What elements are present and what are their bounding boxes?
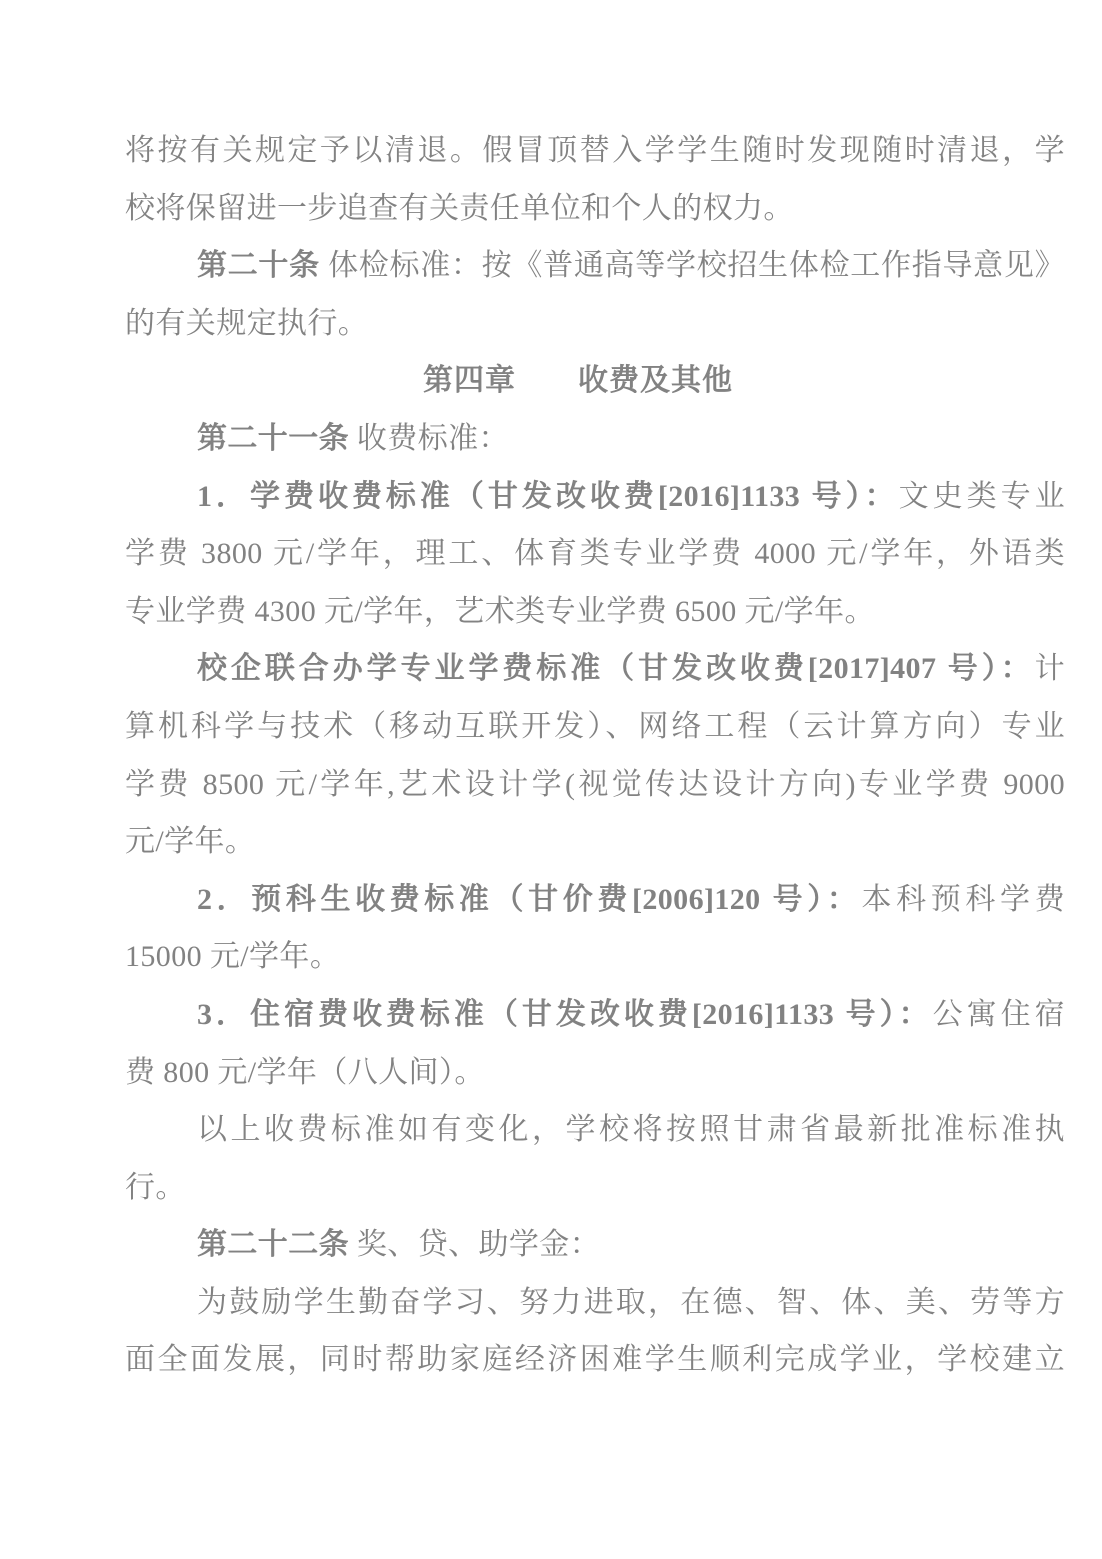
text-line: 第二十一条 收费标准： xyxy=(125,410,1065,468)
bold-run: 1．学费收费标准（甘发改收费[2016]1133 号）： xyxy=(197,480,899,513)
text-line: 的有关规定执行。 xyxy=(125,295,1065,353)
text-line: 算机科学与技术（移动互联开发）、网络工程（云计算方向）专业 xyxy=(125,698,1065,756)
text-line: 校将保留进一步追查有关责任单位和个人的权力。 xyxy=(125,180,1065,238)
text-block: 将按有关规定予以清退。假冒顶替入学学生随时发现随时清退，学校将保留进一步追查有关… xyxy=(125,122,1065,1389)
text-line: 专业学费 4300 元/学年，艺术类专业学费 6500 元/学年。 xyxy=(125,583,1065,641)
bold-run: 第二十一条 xyxy=(197,422,349,455)
bold-run: 校企联合办学专业学费标准（甘发改收费[2017]407 号）： xyxy=(197,652,1035,685)
text-line: 行。 xyxy=(125,1159,1065,1217)
text-line: 15000 元/学年。 xyxy=(125,928,1065,986)
text-line: 学费 3800 元/学年，理工、体育类专业学费 4000 元/学年，外语类 xyxy=(125,525,1065,583)
text-run: 元/学年。 xyxy=(125,825,255,858)
text-line: 第二十二条 奖、贷、助学金： xyxy=(125,1216,1065,1274)
text-line: 面全面发展，同时帮助家庭经济困难学生顺利完成学业，学校建立 xyxy=(125,1331,1065,1389)
text-run: 校将保留进一步追查有关责任单位和个人的权力。 xyxy=(125,192,794,225)
text-run: 以上收费标准如有变化，学校将按照甘肃省最新批准标准执 xyxy=(197,1113,1065,1146)
text-run: 行。 xyxy=(125,1171,186,1204)
text-line: 学费 8500 元/学年,艺术设计学(视觉传达设计方向)专业学费 9000 xyxy=(125,756,1065,814)
text-run: 体检标准：按《普通高等学校招生体检工作指导意见》 xyxy=(320,249,1065,282)
text-run: 公寓住宿 xyxy=(933,998,1065,1031)
text-run: 算机科学与技术（移动互联开发）、网络工程（云计算方向）专业 xyxy=(125,710,1065,743)
text-run: 文史类专业 xyxy=(899,480,1065,513)
text-run: 的有关规定执行。 xyxy=(125,307,368,340)
text-line: 为鼓励学生勤奋学习、努力进取，在德、智、体、美、劳等方 xyxy=(125,1274,1065,1332)
text-line: 3．住宿费收费标准（甘发改收费[2016]1133 号）：公寓住宿 xyxy=(125,986,1065,1044)
text-line: 2．预科生收费标准（甘价费[2006]120 号）：本科预科学费 xyxy=(125,871,1065,929)
text-run: 为鼓励学生勤奋学习、努力进取，在德、智、体、美、劳等方 xyxy=(197,1286,1065,1319)
chapter-heading: 第四章 收费及其他 xyxy=(108,352,1048,410)
text-line: 第二十条 体检标准：按《普通高等学校招生体检工作指导意见》 xyxy=(125,237,1065,295)
text-run: 本科预科学费 xyxy=(862,883,1065,916)
text-run: 费 800 元/学年（八人间）。 xyxy=(125,1056,485,1089)
text-run: 面全面发展，同时帮助家庭经济困难学生顺利完成学业，学校建立 xyxy=(125,1343,1065,1376)
bold-run: 第二十条 xyxy=(197,249,320,282)
text-run: 第四章 收费及其他 xyxy=(423,363,733,398)
bold-run: 第二十二条 xyxy=(197,1228,349,1261)
text-line: 校企联合办学专业学费标准（甘发改收费[2017]407 号）：计 xyxy=(125,640,1065,698)
text-line: 以上收费标准如有变化，学校将按照甘肃省最新批准标准执 xyxy=(125,1101,1065,1159)
text-line: 1．学费收费标准（甘发改收费[2016]1133 号）：文史类专业 xyxy=(125,468,1065,526)
text-run: 奖、贷、助学金： xyxy=(349,1228,600,1261)
text-line: 将按有关规定予以清退。假冒顶替入学学生随时发现随时清退，学 xyxy=(125,122,1065,180)
text-run: 将按有关规定予以清退。假冒顶替入学学生随时发现随时清退，学 xyxy=(125,134,1065,167)
text-run: 收费标准： xyxy=(349,422,509,455)
text-line: 费 800 元/学年（八人间）。 xyxy=(125,1044,1065,1102)
text-run: 学费 3800 元/学年，理工、体育类专业学费 4000 元/学年，外语类 xyxy=(125,537,1065,570)
text-run: 学费 8500 元/学年,艺术设计学(视觉传达设计方向)专业学费 9000 xyxy=(125,768,1065,801)
text-line: 元/学年。 xyxy=(125,813,1065,871)
document-page: 将按有关规定予以清退。假冒顶替入学学生随时发现随时清退，学校将保留进一步追查有关… xyxy=(0,0,1102,1559)
bold-run: 2．预科生收费标准（甘价费[2006]120 号）： xyxy=(197,883,862,916)
text-run: 15000 元/学年。 xyxy=(125,940,340,973)
bold-run: 3．住宿费收费标准（甘发改收费[2016]1133 号）： xyxy=(197,998,933,1031)
text-run: 专业学费 4300 元/学年，艺术类专业学费 6500 元/学年。 xyxy=(125,595,875,628)
text-run: 计 xyxy=(1035,652,1065,685)
